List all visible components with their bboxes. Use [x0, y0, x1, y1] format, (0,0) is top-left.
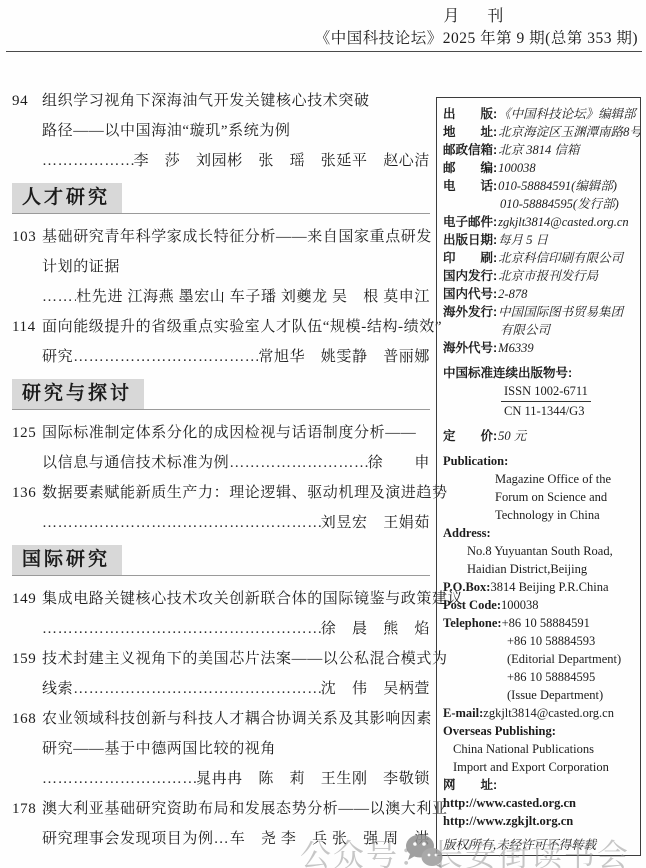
section-header-research-discussion: 研究与探讨 [12, 379, 430, 410]
cn-number: CN 11-1344/G3 [501, 402, 587, 420]
field-label: 印 刷: [443, 249, 497, 267]
dot-leader [214, 824, 230, 854]
issue-title: 《中国科技论坛》2025 年第 9 期(总第 353 期) [315, 28, 638, 50]
article-title: 技术封建主义视角下的美国芯片法案——以公私混合模式为 [42, 651, 448, 667]
page-number: 178 [12, 794, 36, 824]
field-label: 地 址: [443, 123, 497, 141]
field-value: 010-58884591(编辑部) [497, 177, 617, 195]
page-number: 159 [12, 644, 36, 674]
field-label: 海外代号: [443, 339, 497, 357]
article-title-cont: 路径——以中国海油“璇玑”系统为例 [42, 116, 430, 146]
price-label: 定 价: [443, 427, 497, 445]
authors: 沈 伟 吴柄萱 [321, 674, 430, 704]
article-title: 国际标准制定体系分化的成因检视与话语制度分析—— [42, 425, 416, 441]
section-title: 人才研究 [12, 183, 122, 213]
field-label: 电子邮件: [443, 213, 497, 231]
page-number: 125 [12, 418, 36, 448]
field-value: 010-58884595(发行部) [499, 195, 619, 213]
authors: 徐 晨 熊 焰 [321, 614, 430, 644]
field-value: 《中国科技论坛》编辑部 [497, 105, 636, 123]
dot-leader [73, 674, 321, 704]
field-value: 北京 3814 信箱 [497, 141, 579, 159]
article-title: 组织学习视角下深海油气开发关键核心技术突破 [42, 93, 370, 109]
page-number: 114 [12, 312, 36, 342]
authors: 杜先进 江海燕 墨宏山 车子璠 刘夔龙 吴 根 莫申江 [76, 282, 430, 312]
toc-entry: 178 澳大利亚基础研究资助布局和发展态势分析——以澳大利亚 研究理事会发现项目… [12, 794, 430, 854]
toc-entry: 94 组织学习视角下深海油气开发关键核心技术突破 路径——以中国海油“璇玑”系统… [12, 86, 430, 176]
standard-serial-title: 中国标准连续出版物号: [443, 364, 635, 382]
toc-entry: 159 技术封建主义视角下的美国芯片法案——以公私混合模式为 线索 沈 伟 吴柄… [12, 644, 430, 704]
copyright-notice: 版权所有,未经许可不得转载 (包括网络版权) [443, 836, 635, 856]
field-value: M6339 [497, 339, 533, 357]
page-number: 168 [12, 704, 36, 734]
field-value: 有限公司 [499, 321, 550, 339]
field-label: 出版日期: [443, 231, 497, 249]
dot-leader [42, 282, 76, 312]
overseas-line: China National Publications [443, 740, 635, 758]
telephone-value: +86 10 58884591 [502, 616, 590, 630]
telephone-line: (Issue Department) [443, 686, 635, 704]
field-label: 国内代号: [443, 285, 497, 303]
toc-entry: 114 面向能级提升的省级重点实验室人才队伍“规模-结构-绩效” 研究 常旭华 … [12, 312, 430, 372]
field-label: 海外发行: [443, 303, 497, 321]
publication-label: Publication: [443, 452, 635, 470]
article-title: 澳大利亚基础研究资助布局和发展态势分析——以澳大利亚 [42, 801, 448, 817]
toc-entry: 103 基础研究青年科学家成长特征分析——来自国家重点研发 计划的证据 杜先进 … [12, 222, 430, 312]
authors: 李 莎 刘园彬 张 瑶 张延平 赵心洁 [134, 146, 430, 176]
page-header: 月 刊 《中国科技论坛》2025 年第 9 期(总第 353 期) [315, 6, 638, 50]
field-value: 中国国际图书贸易集团 [497, 303, 623, 321]
publication-line: Forum on Science and [443, 488, 635, 506]
toc-entry: 149 集成电路关键核心技术攻关创新联合体的国际镜鉴与政策建议 徐 晨 熊 焰 [12, 584, 430, 644]
authors: 晁冉冉 陈 莉 王生刚 李敬锁 [196, 764, 430, 794]
article-title-cont: 研究 [42, 342, 73, 372]
website-label: 网 址: [443, 776, 635, 794]
section-header-talent-research: 人才研究 [12, 183, 430, 214]
header-rule [6, 51, 642, 52]
toc-entry: 125 国际标准制定体系分化的成因检视与话语制度分析—— 以信息与通信技术标准为… [12, 418, 430, 478]
section-title: 国际研究 [12, 545, 122, 575]
field-label: 电 话: [443, 177, 497, 195]
article-title-cont: 研究理事会发现项目为例 [42, 824, 214, 854]
telephone-line: +86 10 58884595 [443, 668, 635, 686]
dot-leader [42, 764, 196, 794]
article-title-cont: 线索 [42, 674, 73, 704]
article-title-cont: 计划的证据 [42, 252, 430, 282]
website-url: http://www.zgkjlt.org.cn [443, 812, 635, 830]
dot-leader [42, 508, 321, 538]
field-value: 北京市报刊发行局 [497, 267, 598, 285]
pobox-label: P.O.Box: [443, 580, 490, 594]
toc-entry: 168 农业领域科技创新与科技人才耦合协调关系及其影响因素 研究——基于中德两国… [12, 704, 430, 794]
field-value: 2-878 [497, 285, 527, 303]
article-title: 农业领域科技创新与科技人才耦合协调关系及其影响因素 [42, 711, 432, 727]
article-title: 基础研究青年科学家成长特征分析——来自国家重点研发 [42, 229, 432, 245]
publication-line: Magazine Office of the [443, 470, 635, 488]
section-title: 研究与探讨 [12, 379, 144, 409]
issn-number: ISSN 1002-6711 [501, 382, 591, 402]
field-value: zgkjlt3814@casted.org.cn [497, 213, 628, 231]
telephone-line: +86 10 58884593 [443, 632, 635, 650]
dot-leader [42, 146, 134, 176]
email-value: zgkjlt3814@casted.org.cn [483, 706, 614, 720]
page-number: 94 [12, 86, 28, 116]
table-of-contents: 94 组织学习视角下深海油气开发关键核心技术突破 路径——以中国海油“璇玑”系统… [12, 86, 430, 854]
article-title-cont: 以信息与通信技术标准为例 [42, 448, 229, 478]
journal-toc-page: 月 刊 《中国科技论坛》2025 年第 9 期(总第 353 期) 94 组织学… [0, 0, 646, 868]
publication-info-box: 出 版:《中国科技论坛》编辑部 地 址:北京海淀区玉渊潭南路8号 邮政信箱:北京… [436, 97, 641, 856]
field-value: 北京科信印刷有限公司 [497, 249, 623, 267]
section-header-international-research: 国际研究 [12, 545, 430, 576]
dot-leader [42, 614, 321, 644]
authors: 车 尧 李 兵 张 强 周 洪 [230, 824, 430, 854]
authors: 常旭华 姚雯静 普丽娜 [258, 342, 430, 372]
field-label: 邮 编: [443, 159, 497, 177]
toc-entry: 136 数据要素赋能新质生产力：理论逻辑、驱动机理及演进趋势 刘昱宏 王娟茹 [12, 478, 430, 538]
address-label: Address: [443, 524, 635, 542]
authors: 徐 申 [368, 448, 430, 478]
overseas-label: Overseas Publishing: [443, 722, 635, 740]
article-title-cont: 研究——基于中德两国比较的视角 [42, 734, 430, 764]
field-label: 邮政信箱: [443, 141, 497, 159]
price-value: 50 元 [497, 427, 526, 445]
copyright-line: (包括网络版权) [443, 854, 635, 856]
page-number: 149 [12, 584, 36, 614]
telephone-line: (Editorial Department) [443, 650, 635, 668]
article-title: 集成电路关键核心技术攻关创新联合体的国际镜鉴与政策建议 [42, 591, 463, 607]
dot-leader [229, 448, 367, 478]
article-title: 面向能级提升的省级重点实验室人才队伍“规模-结构-绩效” [42, 319, 442, 335]
authors: 刘昱宏 王娟茹 [321, 508, 430, 538]
email-label: E-mail: [443, 706, 483, 720]
field-label: 出 版: [443, 105, 497, 123]
field-value: 每月 5 日 [497, 231, 548, 249]
field-value: 北京海淀区玉渊潭南路8号 [497, 123, 641, 141]
field-label: 国内发行: [443, 267, 497, 285]
telephone-label: Telephone: [443, 616, 502, 630]
publication-line: Technology in China [443, 506, 635, 524]
postcode-label: Post Code: [443, 598, 501, 612]
address-line: Haidian District,Beijing [443, 560, 635, 578]
page-number: 103 [12, 222, 36, 252]
website-url: http://www.casted.org.cn [443, 794, 635, 812]
pobox-value: 3814 Beijing P.R.China [490, 580, 608, 594]
address-line: No.8 Yuyuantan South Road, [443, 542, 635, 560]
field-value: 100038 [497, 159, 536, 177]
article-title: 数据要素赋能新质生产力：理论逻辑、驱动机理及演进趋势 [42, 485, 448, 501]
periodicity-label: 月 刊 [315, 6, 638, 28]
overseas-line: Import and Export Corporation [443, 758, 635, 776]
postcode-value: 100038 [501, 598, 539, 612]
copyright-line: 版权所有,未经许可不得转载 [443, 836, 635, 854]
page-number: 136 [12, 478, 36, 508]
dot-leader [73, 342, 258, 372]
